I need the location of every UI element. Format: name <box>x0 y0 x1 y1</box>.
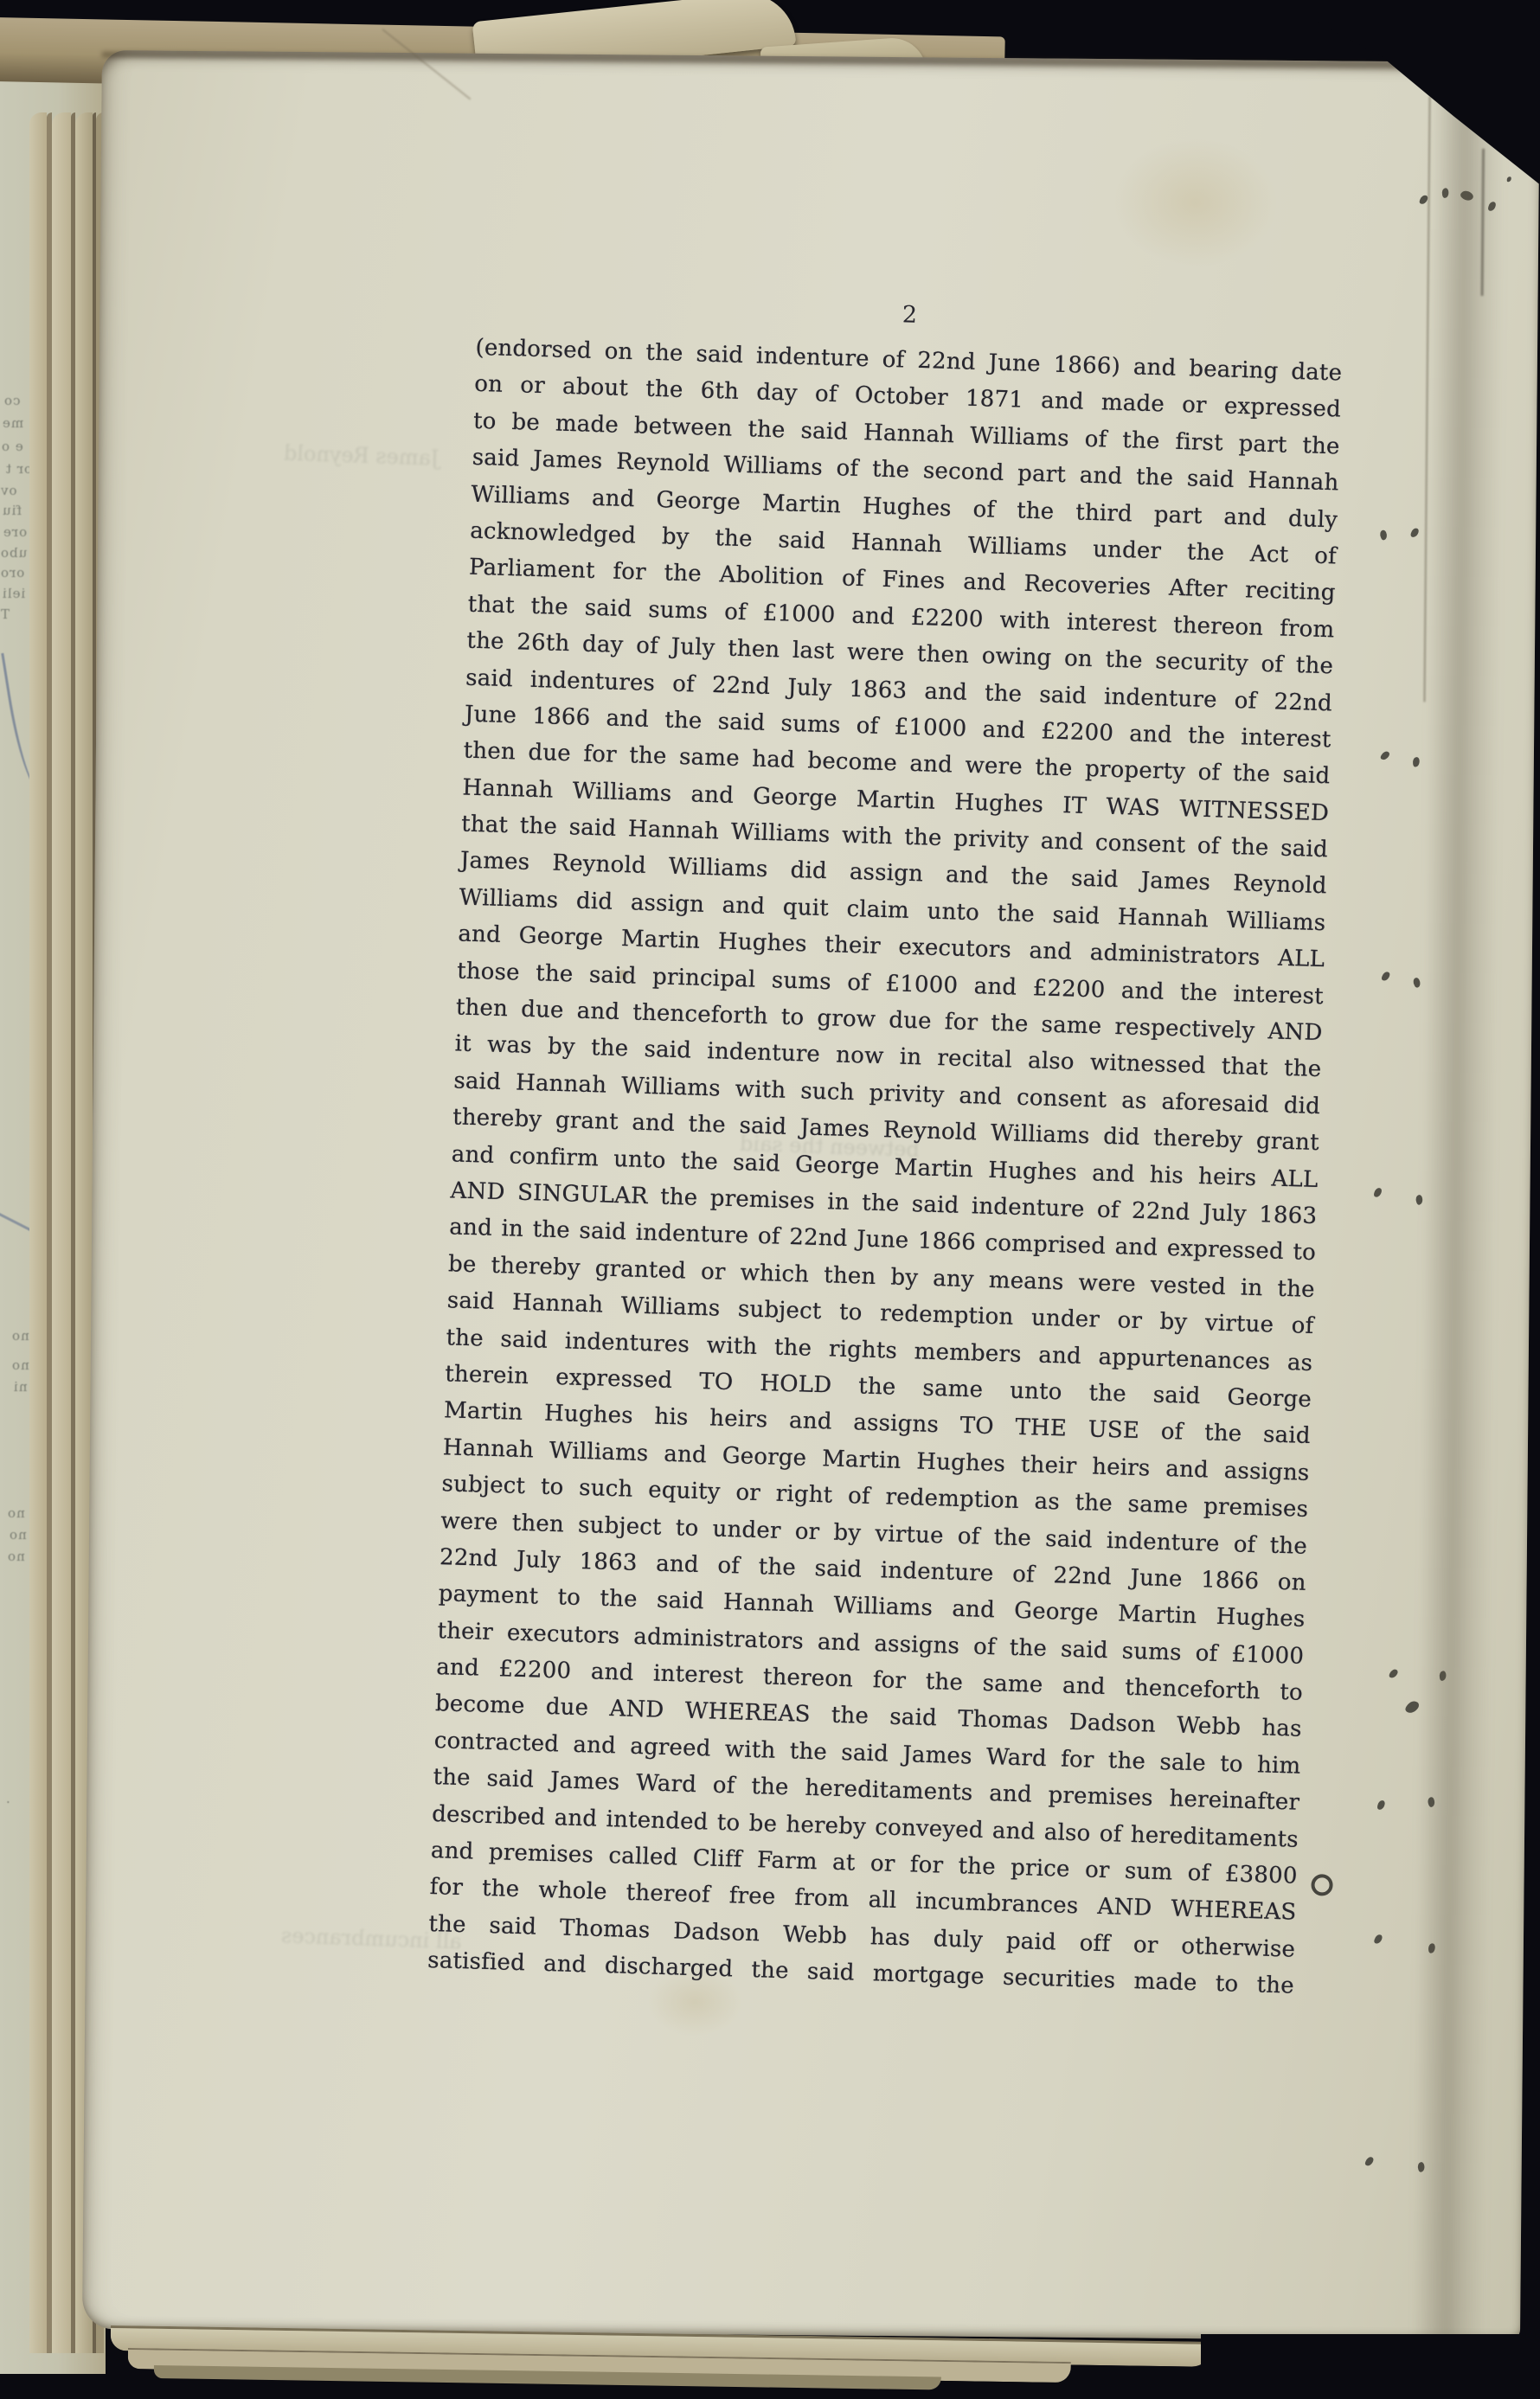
show-through-text: no <box>9 1527 27 1543</box>
background-shadow <box>1201 2334 1540 2399</box>
ink-speck <box>1364 2156 1374 2167</box>
ink-speck <box>1374 1934 1383 1945</box>
show-through-text: . <box>5 1791 10 1806</box>
ink-speck <box>1380 750 1390 762</box>
ink-speck <box>1377 1799 1386 1810</box>
paragraph: (endorsed on the said indenture of 22nd … <box>427 330 1343 2005</box>
show-through-text: no <box>11 1357 29 1373</box>
show-through-text: no <box>7 1505 25 1521</box>
foxing-stain <box>1113 137 1278 268</box>
show-through-text: no <box>11 1328 29 1344</box>
ink-blot <box>1311 1874 1332 1895</box>
show-through-text: or t <box>5 461 32 477</box>
show-through-text: ov <box>0 483 17 498</box>
show-through-text: ni <box>13 1379 27 1395</box>
document-text: 2 (endorsed on the said indenture of 22n… <box>427 289 1344 2005</box>
show-through-text: oro <box>0 565 24 581</box>
ink-speck <box>1412 757 1421 767</box>
ink-speck <box>1411 977 1421 989</box>
show-through-text: no <box>7 1549 25 1564</box>
book-page: James Reynoldbetween the saidall incumbr… <box>82 50 1540 2341</box>
ghost-text: James Reynold <box>283 441 439 471</box>
page-edge <box>52 112 71 2353</box>
ink-speck <box>1507 176 1511 182</box>
ink-speck <box>1378 529 1389 541</box>
show-through-text: ore <box>3 524 27 540</box>
ink-speck <box>1410 527 1420 538</box>
show-through-text: me <box>2 415 23 431</box>
show-through-text: T <box>0 606 10 622</box>
show-through-text: ubo <box>0 545 27 561</box>
ink-speck <box>1373 1187 1382 1197</box>
show-through-text: fiu <box>2 503 22 518</box>
ink-speck <box>1381 971 1390 982</box>
ink-speck <box>1389 1668 1399 1679</box>
show-through-text: e o <box>1 439 23 454</box>
page-edge <box>29 112 47 2353</box>
show-through-text: co <box>3 393 20 408</box>
book-scan-photo: comee oor tovfiuoreubooroieliTnononinono… <box>0 0 1540 2399</box>
show-through-text: ieli <box>2 586 25 601</box>
